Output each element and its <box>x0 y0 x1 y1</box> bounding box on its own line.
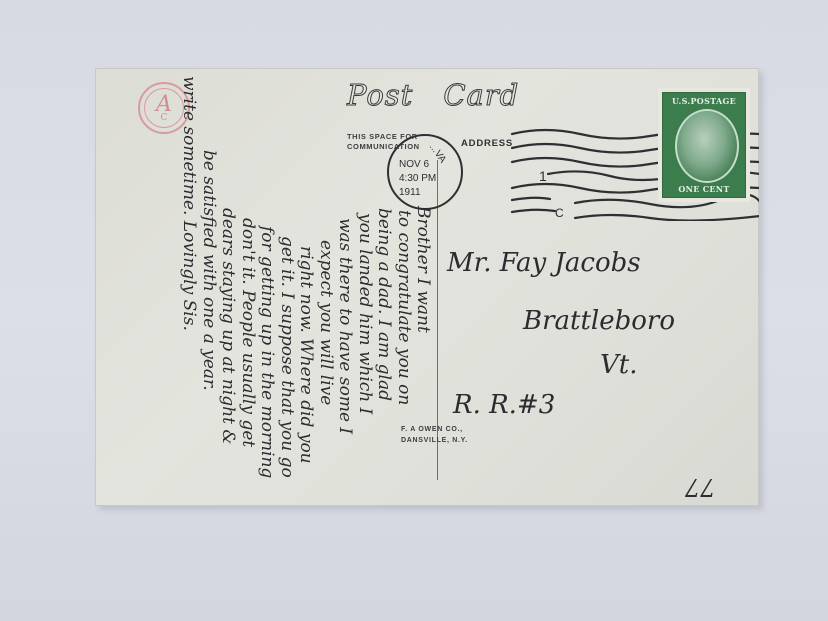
postmark: ...VA NOV 6 4:30 PM 1911 <box>387 134 463 210</box>
postmark-time: 4:30 PM <box>399 172 436 186</box>
corner-note: 77 <box>685 473 716 501</box>
cancellation-letter: C <box>555 206 564 220</box>
message-line: right now. Where did you <box>296 246 316 464</box>
postcard: A C PostCard THIS SPACE FOR COMMUNICATIO… <box>95 68 759 506</box>
address-label: ADDRESS <box>461 138 513 149</box>
stamp-top-text: U.S.POSTAGE <box>663 96 745 106</box>
message-line: was there to have some I <box>335 218 355 434</box>
stamp-portrait <box>675 109 739 183</box>
publisher-line1: F. A OWEN CO., <box>401 424 468 435</box>
message-line: write sometime. Lovingly Sis. <box>179 76 199 331</box>
postcard-title: PostCard <box>347 78 519 112</box>
postmark-year: 1911 <box>399 186 436 200</box>
stamp-face: U.S.POSTAGE ONE CENT <box>662 92 746 198</box>
publisher-line2: DANSVILLE, N.Y. <box>401 435 468 446</box>
cancellation-number: 1 <box>539 168 547 184</box>
postmark-date: NOV 6 <box>399 158 436 172</box>
postmark-date-block: NOV 6 4:30 PM 1911 <box>399 158 436 200</box>
message-line: being a dad. I am glad <box>374 208 394 401</box>
message-line: for getting up in the morning <box>257 226 277 478</box>
title-post: Post <box>347 78 413 112</box>
message-line: expect you will live <box>316 240 336 405</box>
postage-stamp: U.S.POSTAGE ONE CENT <box>658 88 750 202</box>
address-line-2: Brattleboro <box>523 306 675 336</box>
address-line-3: Vt. <box>600 350 638 380</box>
publisher-imprint: F. A OWEN CO., DANSVILLE, N.Y. <box>401 424 468 446</box>
message-line: be satisfied with one a year. <box>199 150 219 391</box>
message-line: to congratulate you on <box>394 210 414 405</box>
stamp-bottom-text: ONE CENT <box>663 184 745 194</box>
message-line: you landed him which I <box>355 213 375 414</box>
message-line: don't it. People usually get <box>238 218 258 447</box>
message-line: dears staying up at night & <box>218 208 238 445</box>
message-line: Brother I want <box>413 206 433 333</box>
message-line: get it. I suppose that you go <box>277 236 297 478</box>
title-card: Card <box>443 78 519 112</box>
address-line-1: Mr. Fay Jacobs <box>447 248 641 278</box>
address-line-4: R. R.#3 <box>453 390 555 420</box>
